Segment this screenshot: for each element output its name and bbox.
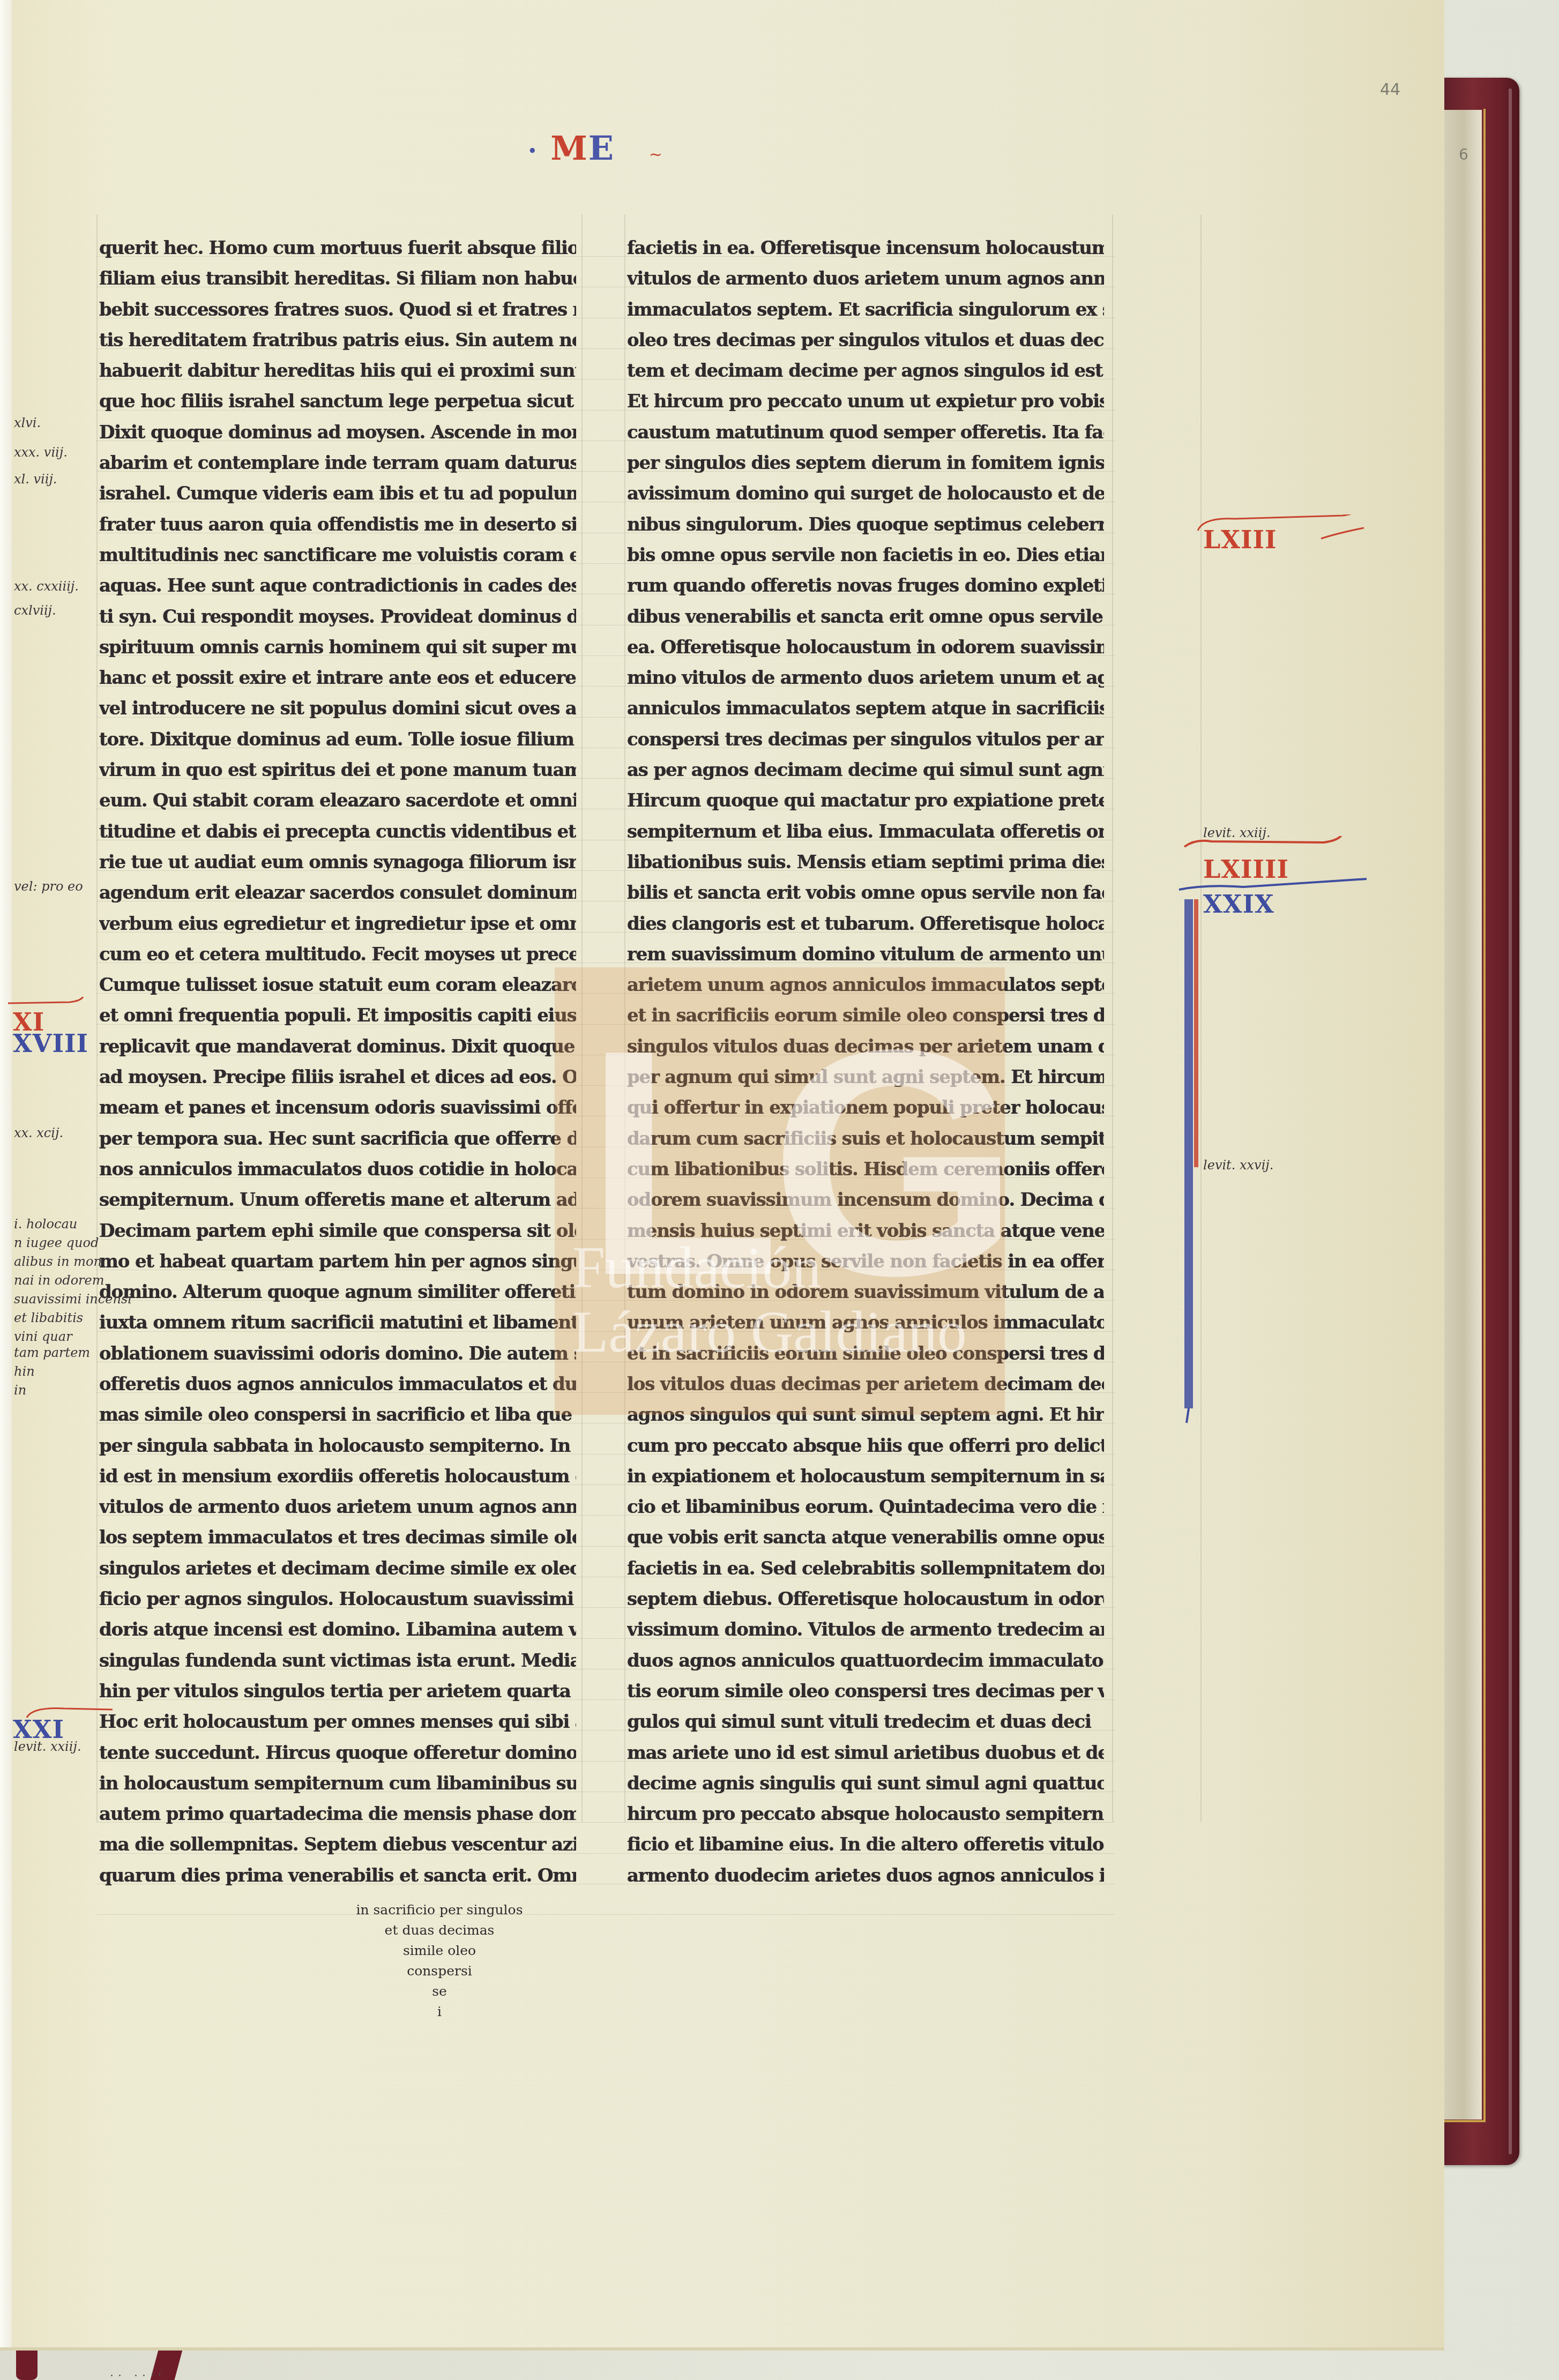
- text-line: Hircum quoque qui mactatur pro expiation…: [627, 786, 1104, 816]
- text-line: cum pro peccato absque hiis que offerri …: [627, 1431, 1104, 1461]
- text-line: mino vitulos de armento duos arietem unu…: [627, 663, 1104, 693]
- catchword-line: et duas decimas: [348, 1920, 531, 1941]
- marginal-note: suavissimi incensi: [14, 1292, 132, 1307]
- text-line: meam et panes et incensum odoris suaviss…: [99, 1093, 576, 1123]
- text-line: et omni frequentia populi. Et impositis …: [99, 1001, 576, 1031]
- text-line: oleo tres decimas per singulos vitulos e…: [627, 325, 1104, 356]
- marginal-note: et libabitis: [14, 1310, 83, 1325]
- text-line: caustum matutinum quod semper offeretis.…: [627, 417, 1104, 448]
- manuscript-page: 44 6 • ME ~ querit hec. Homo cum mortuus…: [0, 0, 1444, 2351]
- marginal-note: nai in odorem: [14, 1273, 105, 1288]
- running-head-letter-m: M: [550, 129, 588, 168]
- text-line: titudine et dabis ei precepta cunctis vi…: [99, 817, 576, 847]
- text-line: replicavit que mandaverat dominus. Dixit…: [99, 1032, 576, 1062]
- text-column-left: querit hec. Homo cum mortuus fuerit absq…: [99, 233, 576, 1891]
- text-line: avissimum domino qui surget de holocaust…: [627, 479, 1104, 509]
- marginal-note: cxlviij.: [14, 603, 56, 618]
- text-line: armento duodecim arietes duos agnos anni…: [627, 1861, 1104, 1891]
- text-line: bebit successores fratres suos. Quod si …: [99, 295, 576, 325]
- marginal-note: vel: pro eo: [14, 879, 83, 894]
- gutter: [0, 0, 12, 2347]
- text-line: ad moysen. Precipe filiis israhel et dic…: [99, 1062, 576, 1093]
- text-line: per singulos dies septem dierum in fomit…: [627, 448, 1104, 479]
- text-line: verbum eius egredietur et ingredietur ip…: [99, 909, 576, 939]
- ruling-line: [96, 1914, 1115, 1915]
- catchword-box: in sacrificio per singuloset duas decima…: [348, 1900, 531, 2022]
- text-line: autem primo quartadecima die mensis phas…: [99, 1799, 576, 1830]
- text-line: virum in quo est spiritus dei et pone ma…: [99, 755, 576, 786]
- text-line: filiam eius transibit hereditas. Si fili…: [99, 264, 576, 294]
- text-line: frater tuus aaron quia offendistis me in…: [99, 510, 576, 540]
- running-head-letter-e: E: [588, 129, 615, 168]
- text-line: offeretis duos agnos anniculos immaculat…: [99, 1369, 576, 1400]
- text-line: querit hec. Homo cum mortuus fuerit absq…: [99, 233, 576, 264]
- text-line: singulos arietes et decimam decime simil…: [99, 1554, 576, 1584]
- marginal-note: xx. cxxiiij.: [14, 579, 79, 594]
- text-line: ma die sollempnitas. Septem diebus vesce…: [99, 1830, 576, 1860]
- text-line: singulas fundenda sunt victimas ista eru…: [99, 1646, 576, 1676]
- text-line: vitulos de armento duos arietem unum agn…: [627, 264, 1104, 294]
- text-line: dies clangoris est et tubarum. Offeretis…: [627, 909, 1104, 939]
- text-line: mo et habeat quartam partem hin per agno…: [99, 1247, 576, 1277]
- text-line: per singula sabbata in holocausto sempit…: [99, 1431, 576, 1461]
- catchword-line: conspersi: [348, 1961, 531, 1981]
- text-line: agendum erit eleazar sacerdos consulet d…: [99, 878, 576, 908]
- text-line: que hoc filiis israhel sanctum lege perp…: [99, 386, 576, 417]
- marginal-note: in: [14, 1383, 26, 1398]
- text-line: vitulos de armento duos arietem unum agn…: [99, 1492, 576, 1523]
- text-line: multitudinis nec sanctificare me voluist…: [99, 540, 576, 571]
- text-line: nibus singulorum. Dies quoque septimus c…: [627, 510, 1104, 540]
- marginal-note: n iugee quod: [14, 1235, 99, 1250]
- watermark-line-2: Lázaro Galdiano: [572, 1302, 967, 1361]
- penwork-flourish-icon: [1163, 836, 1388, 1426]
- text-line: quarum dies prima venerabilis et sancta …: [99, 1861, 576, 1891]
- text-line: in holocaustum sempiternum cum libaminib…: [99, 1769, 576, 1799]
- chapter-number: XVIII: [13, 1029, 88, 1058]
- text-line: Et hircum pro peccato unum ut expietur p…: [627, 386, 1104, 417]
- running-head-flourish: ~: [649, 145, 663, 164]
- text-line: los septem immaculatos et tres decimas s…: [99, 1523, 576, 1553]
- text-line: Cumque tulisset iosue statuit eum coram …: [99, 970, 576, 1001]
- text-line: Hoc erit holocaustum per omnes menses qu…: [99, 1707, 576, 1737]
- text-line: iuxta omnem ritum sacrificii matutini et…: [99, 1308, 576, 1338]
- gilt-line: [1483, 109, 1486, 2122]
- text-line: tis hereditatem fratribus patris eius. S…: [99, 325, 576, 356]
- leather-highlight: [1509, 88, 1512, 2154]
- text-line: in expiationem et holocaustum sempiternu…: [627, 1461, 1104, 1492]
- text-line: habuerit dabitur hereditas hiis qui ei p…: [99, 356, 576, 386]
- text-line: doris atque incensi est domino. Libamina…: [99, 1615, 576, 1645]
- text-line: anniculos immaculatos septem atque in sa…: [627, 693, 1104, 724]
- text-line: spirituum omnis carnis hominem qui sit s…: [99, 632, 576, 663]
- text-line: ea. Offeretisque holocaustum in odorem s…: [627, 632, 1104, 663]
- chapter-flourish-icon: [5, 997, 86, 1029]
- text-line: sempiternum et liba eius. Immaculata off…: [627, 817, 1104, 847]
- running-head-dot: •: [528, 143, 538, 159]
- chapter-flourish-icon: [1192, 514, 1369, 547]
- catchword-line: simile oleo: [348, 1941, 531, 1961]
- text-line: facietis in ea. Sed celebrabitis sollemp…: [627, 1554, 1104, 1584]
- marginal-note: xl. viij.: [14, 472, 57, 487]
- text-line: tente succedunt. Hircus quoque offeretur…: [99, 1738, 576, 1769]
- marginal-note: xxx. viij.: [14, 445, 68, 460]
- text-line: conspersi tres decimas per singulos vitu…: [627, 725, 1104, 755]
- text-line: sempiternum. Unum offeretis mane et alte…: [99, 1185, 576, 1215]
- text-line: vel introducere ne sit populus domini si…: [99, 693, 576, 724]
- text-line: duos agnos anniculos quattuordecim immac…: [627, 1646, 1104, 1676]
- folio-number: 44: [1380, 80, 1400, 99]
- marginal-note: alibus in mon: [14, 1254, 102, 1269]
- ruling-line: [96, 214, 98, 1822]
- text-line: gulos qui simul sunt vituli tredecim et …: [627, 1707, 1104, 1737]
- text-line: domino. Alterum quoque agnum similiter o…: [99, 1277, 576, 1308]
- text-line: decime agnis singulis qui sunt simul agn…: [627, 1769, 1104, 1799]
- catchword-line: se: [348, 1981, 531, 2002]
- text-line: mas simile oleo conspersi in sacrificio …: [99, 1400, 576, 1430]
- watermark-line-1: Fundación: [572, 1238, 821, 1297]
- text-line: ficio et libamine eius. In die altero of…: [627, 1830, 1104, 1860]
- chapter-flourish-icon: [11, 1704, 118, 1726]
- marginal-note: xlvi.: [14, 415, 41, 430]
- text-line: cum eo et cetera multitudo. Fecit moyses…: [99, 939, 576, 970]
- ruling-line: [1112, 214, 1113, 1822]
- text-line: id est in mensium exordiis offeretis hol…: [99, 1461, 576, 1492]
- text-line: aquas. Hee sunt aque contradictionis in …: [99, 571, 576, 601]
- running-head: • ME ~: [528, 129, 663, 168]
- text-line: septem diebus. Offeretisque holocaustum …: [627, 1584, 1104, 1615]
- text-line: hanc et possit exire et intrare ante eos…: [99, 663, 576, 693]
- book-binding: [1442, 78, 1519, 2165]
- text-line: tem et decimam decime per agnos singulos…: [627, 356, 1104, 386]
- marginal-note: tam partem: [14, 1345, 90, 1360]
- text-line: dibus venerabilis et sancta erit omne op…: [627, 602, 1104, 632]
- text-line: per tempora sua. Hec sunt sacrificia que…: [99, 1124, 576, 1154]
- text-line: que vobis erit sancta atque venerabilis …: [627, 1523, 1104, 1553]
- text-line: rum quando offeretis novas fruges domino…: [627, 571, 1104, 601]
- text-line: hin per vitulos singulos tertia per arie…: [99, 1676, 576, 1707]
- inner-page-mark: 6: [1459, 146, 1468, 163]
- text-line: mas ariete uno id est simul arietibus du…: [627, 1738, 1104, 1769]
- text-line: as per agnos decimam decime qui simul su…: [627, 755, 1104, 786]
- text-line: bilis et sancta erit vobis omne opus ser…: [627, 878, 1104, 908]
- text-line: tis eorum simile oleo conspersi tres dec…: [627, 1676, 1104, 1707]
- text-line: hircum pro peccato absque holocausto sem…: [627, 1799, 1104, 1830]
- marginal-note: hin: [14, 1364, 35, 1379]
- marginal-note: xx. xcij.: [14, 1125, 63, 1140]
- text-line: Dixit quoque dominus ad moysen. Ascende …: [99, 417, 576, 448]
- text-line: libationibus suis. Mensis etiam septimi …: [627, 847, 1104, 878]
- text-line: ficio per agnos singulos. Holocaustum su…: [99, 1584, 576, 1615]
- catchword-line: in sacrificio per singulos: [348, 1900, 531, 1920]
- text-line: cio et libaminibus eorum. Quintadecima v…: [627, 1492, 1104, 1523]
- text-line: rie tue ut audiat eum omnis synagoga fil…: [99, 847, 576, 878]
- text-line: facietis in ea. Offeretisque incensum ho…: [627, 233, 1104, 264]
- text-line: bis omne opus servile non facietis in eo…: [627, 540, 1104, 571]
- text-line: vissimum domino. Vitulos de armento tred…: [627, 1615, 1104, 1645]
- text-line: rem suavissimum domino vitulum de arment…: [627, 939, 1104, 970]
- text-line: abarim et contemplare inde terram quam d…: [99, 448, 576, 479]
- text-line: nos anniculos immaculatos duos cotidie i…: [99, 1154, 576, 1185]
- bottom-marks: ·· ·· ͨ ͨ: [110, 2369, 165, 2380]
- catchword-line: i: [348, 2002, 531, 2022]
- text-line: eum. Qui stabit coram eleazaro sacerdote…: [99, 786, 576, 816]
- text-line: ti syn. Cui respondit moyses. Provideat …: [99, 602, 576, 632]
- text-line: israhel. Cumque videris eam ibis et tu a…: [99, 479, 576, 509]
- text-line: immaculatos septem. Et sacrificia singul…: [627, 295, 1104, 325]
- marginal-note: vini quar: [14, 1329, 72, 1344]
- text-line: Decimam partem ephi simile que conspersa…: [99, 1216, 576, 1247]
- marginal-note: i. holocau: [14, 1217, 77, 1232]
- text-line: tore. Dixitque dominus ad eum. Tolle ios…: [99, 725, 576, 755]
- text-line: oblationem suavissimi odoris domino. Die…: [99, 1339, 576, 1369]
